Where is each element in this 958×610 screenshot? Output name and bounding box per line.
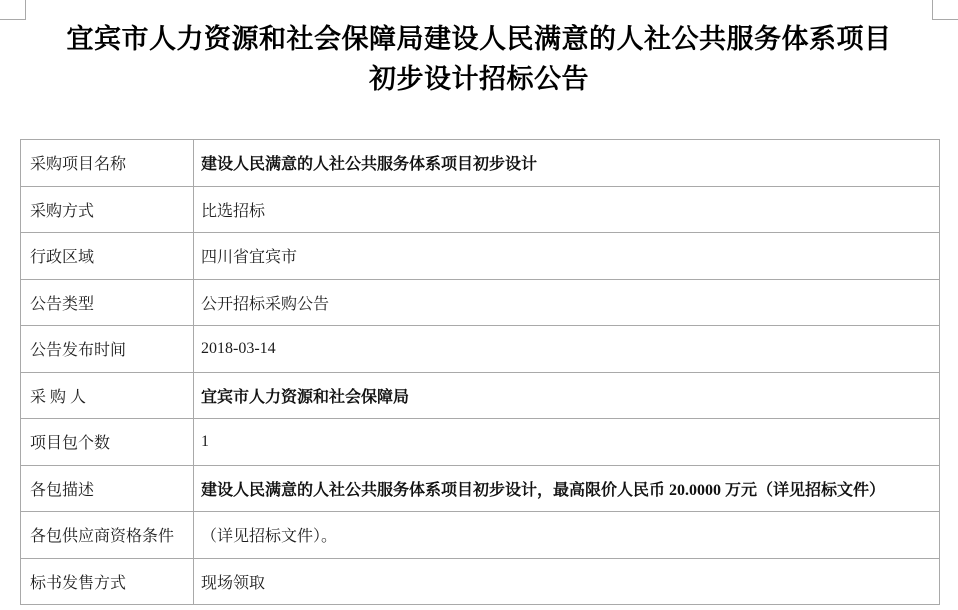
row-label: 项目包个数 (21, 419, 194, 466)
row-value: 公开招标采购公告 (194, 279, 940, 326)
announcement-table: 采购项目名称建设人民满意的人社公共服务体系项目初步设计采购方式比选招标行政区域四… (20, 139, 940, 605)
table-row: 各包供应商资格条件（详见招标文件）。 (21, 512, 940, 559)
row-value: 1 (194, 419, 940, 466)
row-label: 采 购 人 (21, 372, 194, 419)
row-label: 行政区域 (21, 233, 194, 280)
row-label: 各包供应商资格条件 (21, 512, 194, 559)
announcement-title-line1: 宜宾市人力资源和社会保障局建设人民满意的人社公共服务体系项目 (0, 19, 958, 59)
row-label: 公告发布时间 (21, 326, 194, 373)
table-row: 采购项目名称建设人民满意的人社公共服务体系项目初步设计 (21, 140, 940, 187)
row-value: 建设人民满意的人社公共服务体系项目初步设计 (194, 140, 940, 187)
row-label: 采购方式 (21, 186, 194, 233)
row-value: （详见招标文件）。 (194, 512, 940, 559)
row-value: 宜宾市人力资源和社会保障局 (194, 372, 940, 419)
table-row: 标书发售方式现场领取 (21, 558, 940, 605)
row-label: 公告类型 (21, 279, 194, 326)
announcement-title: 宜宾市人力资源和社会保障局建设人民满意的人社公共服务体系项目 初步设计招标公告 (0, 19, 958, 99)
page-corner-mark-top-left (0, 0, 26, 20)
table-row: 采购方式比选招标 (21, 186, 940, 233)
page-corner-mark-top-right (932, 0, 958, 20)
table-row: 公告类型公开招标采购公告 (21, 279, 940, 326)
table-row: 各包描述建设人民满意的人社公共服务体系项目初步设计，最高限价人民币 20.000… (21, 465, 940, 512)
table-row: 行政区域四川省宜宾市 (21, 233, 940, 280)
table-row: 项目包个数1 (21, 419, 940, 466)
table-row: 公告发布时间2018-03-14 (21, 326, 940, 373)
row-label: 标书发售方式 (21, 558, 194, 605)
announcement-title-line2: 初步设计招标公告 (0, 59, 958, 99)
row-label: 采购项目名称 (21, 140, 194, 187)
row-value: 2018-03-14 (194, 326, 940, 373)
table-row: 采 购 人宜宾市人力资源和社会保障局 (21, 372, 940, 419)
row-label: 各包描述 (21, 465, 194, 512)
row-value: 比选招标 (194, 186, 940, 233)
row-value: 建设人民满意的人社公共服务体系项目初步设计，最高限价人民币 20.0000 万元… (194, 465, 940, 512)
row-value: 现场领取 (194, 558, 940, 605)
row-value: 四川省宜宾市 (194, 233, 940, 280)
